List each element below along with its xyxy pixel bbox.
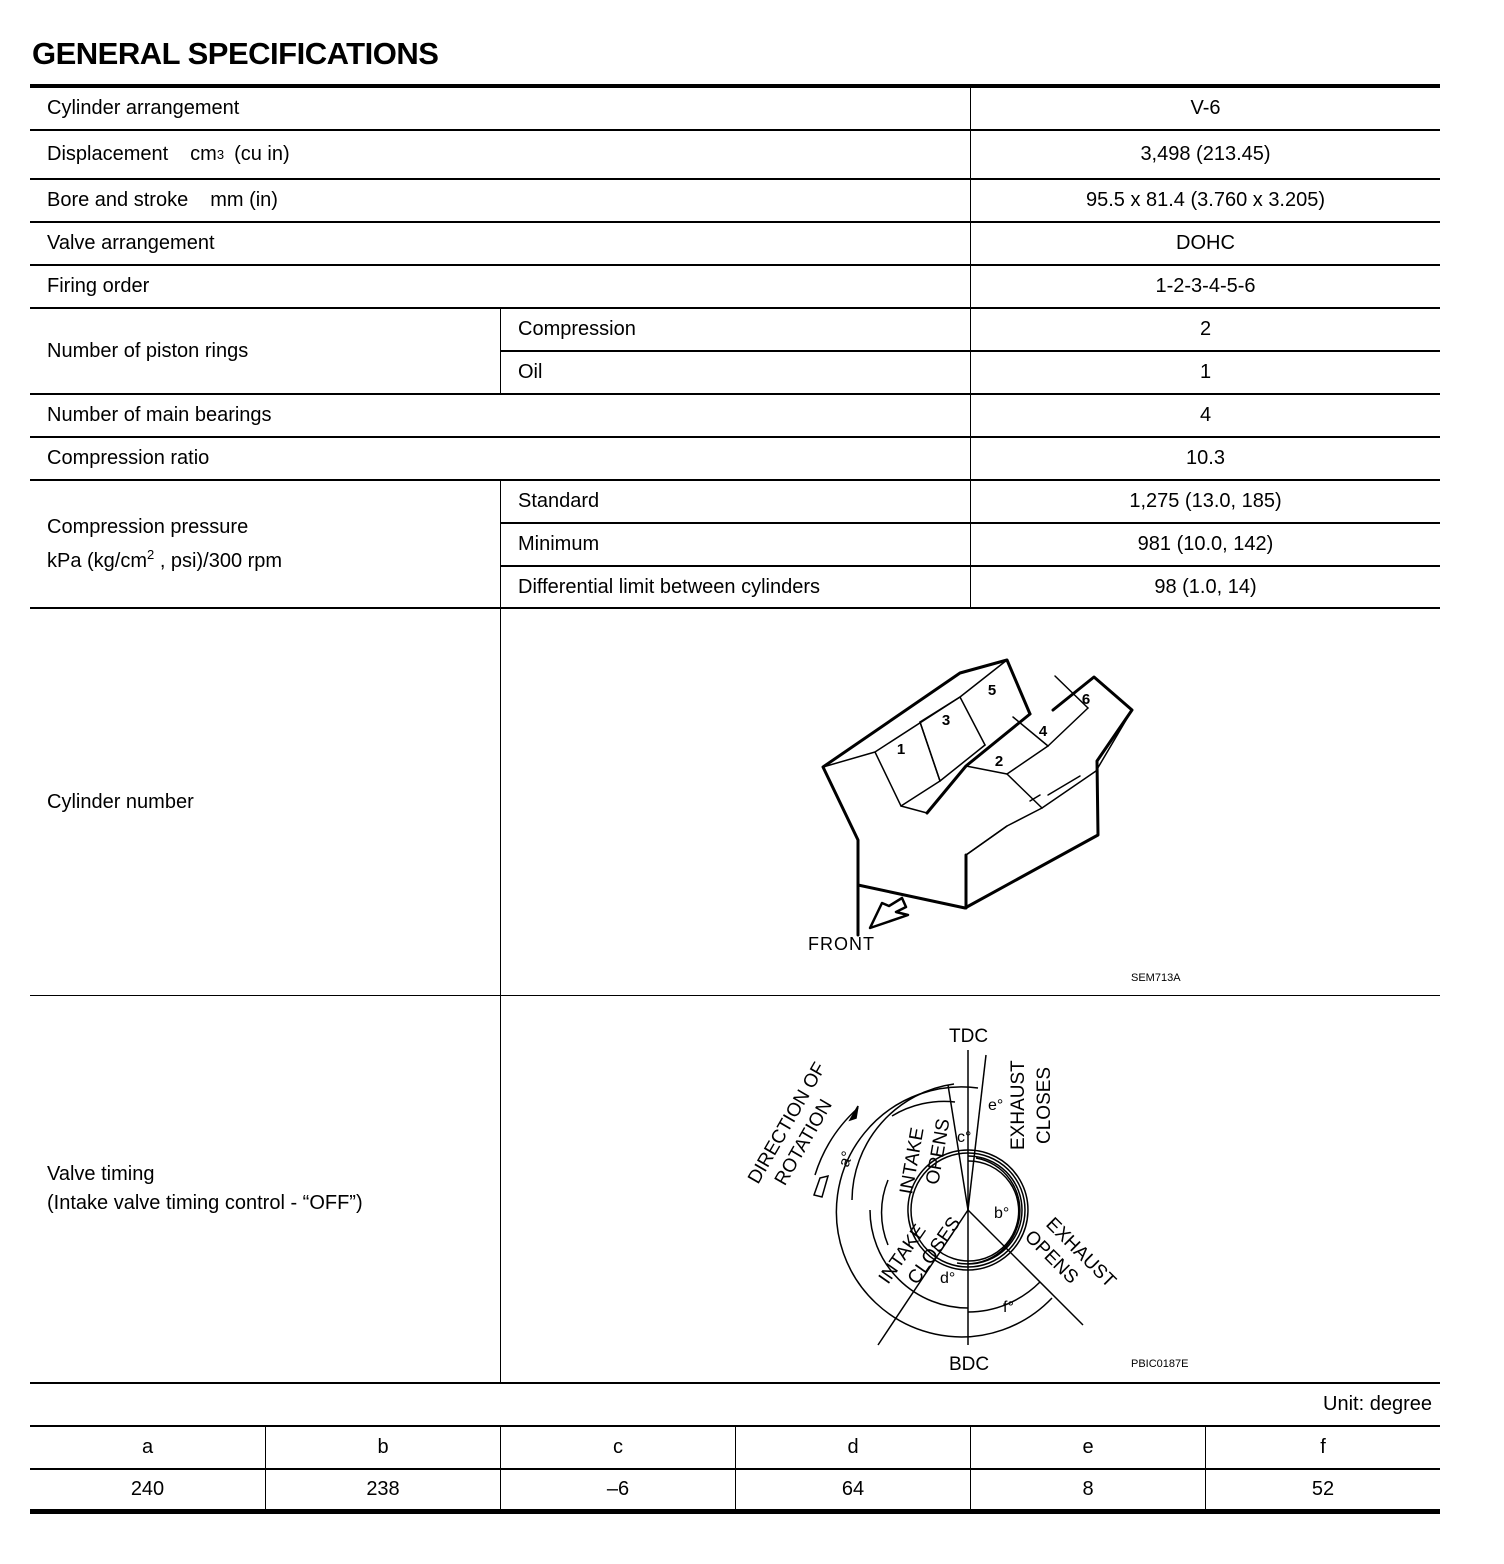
timing-value-f: 52 <box>1206 1470 1440 1509</box>
spec-value-differential-limit: 98 (1.0, 14) <box>971 567 1440 607</box>
bdc-label: BDC <box>949 1354 989 1375</box>
angle-label-a: a° <box>836 1149 857 1169</box>
spec-value-valve-arrangement: DOHC <box>971 223 1440 264</box>
spec-sublabel-differential-limit: Differential limit between cylinders <box>501 567 970 607</box>
spec-label-valve-timing: Valve timing (Intake valve timing contro… <box>30 996 500 1382</box>
front-label: FRONT <box>808 934 875 954</box>
cylinder-label: 3 <box>942 712 950 729</box>
spec-value-oil-rings: 1 <box>971 352 1440 393</box>
timing-header-b: b <box>266 1427 500 1468</box>
unit-text: (cu in) <box>234 143 290 166</box>
spec-label-cylinder-arrangement: Cylinder arrangement <box>30 88 970 129</box>
spec-label-cylinder-number: Cylinder number <box>30 609 500 995</box>
spec-label-main-bearings: Number of main bearings <box>30 395 970 436</box>
timing-value-a: 240 <box>30 1470 265 1509</box>
angle-label-e: e° <box>988 1097 1003 1114</box>
label-line-1: Compression pressure <box>47 510 248 544</box>
angle-label-f: f° <box>1003 1299 1014 1316</box>
spec-value-firing-order: 1-2-3-4-5-6 <box>971 266 1440 307</box>
label-text: Bore and stroke <box>47 189 188 212</box>
spec-value-compression-ratio: 10.3 <box>971 438 1440 479</box>
spec-label-compression-ratio: Compression ratio <box>30 438 970 479</box>
label-line-2: (Intake valve timing control - “OFF”) <box>47 1189 363 1218</box>
timing-header-e: e <box>971 1427 1205 1468</box>
cylinder-label: 6 <box>1082 691 1090 708</box>
unit-text: , psi)/300 rpm <box>154 550 282 572</box>
spec-label-compression-pressure: Compression pressure kPa (kg/cm2 , psi)/… <box>30 481 500 607</box>
spec-label-valve-arrangement: Valve arrangement <box>30 223 970 264</box>
cylinder-label: 4 <box>1039 723 1048 740</box>
cylinder-label: 5 <box>988 682 996 699</box>
spec-sublabel-minimum: Minimum <box>501 524 970 565</box>
spec-value-standard: 1,275 (13.0, 185) <box>971 481 1440 522</box>
spec-label-piston-rings: Number of piston rings <box>30 309 500 393</box>
cylinder-label: 1 <box>897 741 905 758</box>
cylinder-number-diagram: 1 2 3 4 5 6 FRONT SEM713A <box>501 609 1440 995</box>
cylinder-label: 2 <box>995 753 1003 770</box>
figure-code: PBIC0187E <box>1131 1358 1188 1370</box>
tdc-label: TDC <box>949 1026 988 1047</box>
spec-value-minimum: 981 (10.0, 142) <box>971 524 1440 565</box>
angle-label-d: d° <box>940 1270 955 1287</box>
page-title: GENERAL SPECIFICATIONS <box>32 36 438 72</box>
spec-sublabel-oil: Oil <box>501 352 970 393</box>
spec-sublabel-standard: Standard <box>501 481 970 522</box>
spec-value-displacement: 3,498 (213.45) <box>971 131 1440 178</box>
spec-value-cylinder-arrangement: V-6 <box>971 88 1440 129</box>
timing-value-b: 238 <box>266 1470 500 1509</box>
label-line-1: Valve timing <box>47 1160 154 1189</box>
figure-code: SEM713A <box>1131 972 1181 984</box>
spec-value-bore-stroke: 95.5 x 81.4 (3.760 x 3.205) <box>971 180 1440 221</box>
timing-header-a: a <box>30 1427 265 1468</box>
unit-text: kPa (kg/cm <box>47 550 147 572</box>
timing-value-d: 64 <box>736 1470 970 1509</box>
spec-label-displacement: Displacement cm3 (cu in) <box>30 131 970 178</box>
timing-value-e: 8 <box>971 1470 1205 1509</box>
timing-header-c: c <box>501 1427 735 1468</box>
spec-label-firing-order: Firing order <box>30 266 970 307</box>
label-line-2: kPa (kg/cm2 , psi)/300 rpm <box>47 544 282 578</box>
spec-sublabel-compression: Compression <box>501 309 970 350</box>
exhaust-closes-label: CLOSES <box>1034 1067 1055 1144</box>
label-text: Displacement <box>47 143 168 166</box>
unit-text: cm <box>190 143 217 166</box>
timing-value-c: –6 <box>501 1470 735 1509</box>
unit-label: Unit: degree <box>30 1384 1432 1425</box>
exhaust-closes-label: EXHAUST <box>1008 1060 1029 1150</box>
intake-opens-label: INTAKE <box>896 1126 928 1196</box>
label-text: Cylinder arrangement <box>47 97 239 120</box>
angle-label-c: c° <box>957 1129 971 1146</box>
unit-text: mm (in) <box>210 189 278 212</box>
angle-label-b: b° <box>994 1205 1009 1222</box>
spec-value-main-bearings: 4 <box>971 395 1440 436</box>
timing-header-f: f <box>1206 1427 1440 1468</box>
spec-label-bore-stroke: Bore and stroke mm (in) <box>30 180 970 221</box>
timing-header-d: d <box>736 1427 970 1468</box>
valve-timing-diagram: TDC BDC DIRECTION OF ROTATION INTAKE OPE… <box>501 996 1440 1382</box>
spec-value-compression-rings: 2 <box>971 309 1440 350</box>
intake-opens-label: OPENS <box>922 1117 954 1186</box>
